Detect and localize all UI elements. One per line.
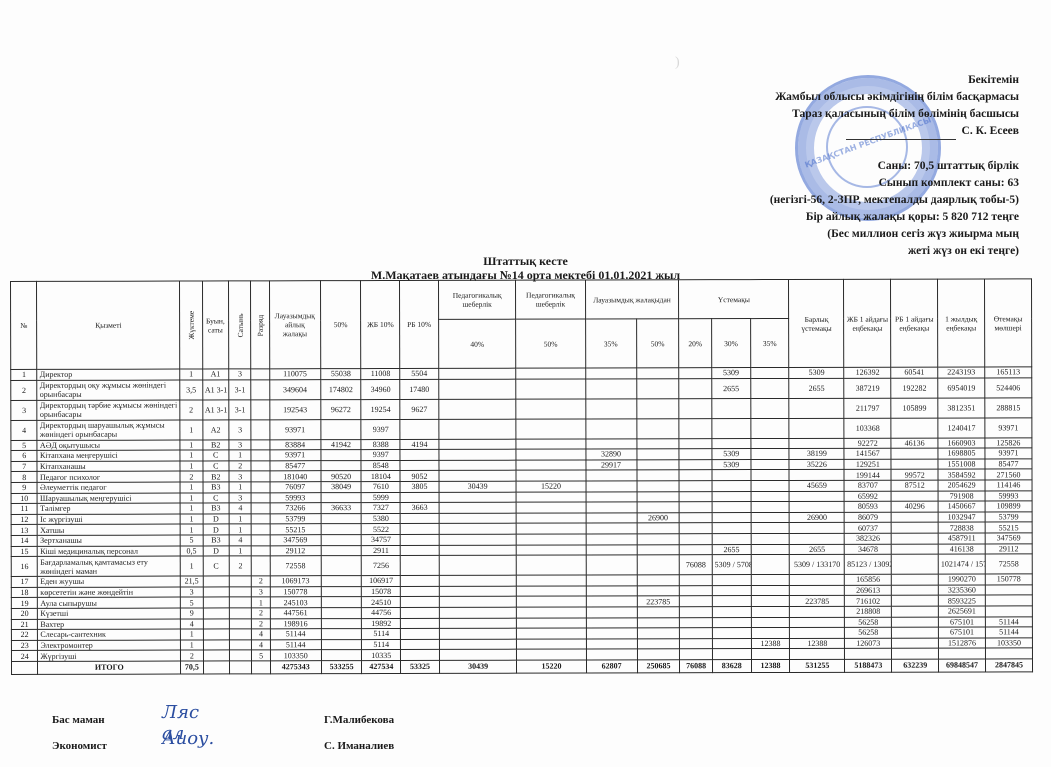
cell-rb10 bbox=[400, 492, 439, 503]
cell-step: 4 bbox=[229, 535, 251, 546]
cell-no: 22 bbox=[11, 630, 38, 641]
cell-step: 1 bbox=[229, 524, 251, 535]
cell-no: 14 bbox=[11, 535, 38, 546]
cell-rb10: 3663 bbox=[400, 503, 439, 514]
cell-u30: 2655 bbox=[712, 378, 751, 398]
cell-u35 bbox=[751, 523, 790, 534]
cell-total-bonus bbox=[790, 617, 845, 628]
cell-load: 1 bbox=[181, 640, 203, 651]
cell-no: 16 bbox=[11, 557, 38, 577]
cell-total-bonus bbox=[789, 470, 844, 481]
cell-rb10: 9627 bbox=[400, 399, 439, 419]
cell-jb10: 19892 bbox=[362, 618, 401, 629]
total-rb-month: 632239 bbox=[892, 659, 939, 672]
cell-ped50 bbox=[516, 399, 585, 419]
cell-pos50 bbox=[637, 470, 680, 481]
cell-name: Педагог психолог bbox=[37, 471, 180, 482]
cell-total-bonus bbox=[790, 585, 845, 596]
cell-u35 bbox=[751, 606, 790, 617]
total-u30: 83628 bbox=[712, 659, 751, 672]
cell-grade: А1 bbox=[202, 369, 229, 380]
cell-load: 3,5 bbox=[180, 380, 202, 400]
cell-pos50 bbox=[637, 502, 680, 513]
cell-pos35 bbox=[586, 491, 637, 502]
cell-u35 bbox=[751, 596, 790, 607]
cell-pos50 bbox=[636, 398, 679, 418]
cell-load: 3 bbox=[180, 587, 202, 598]
cell-ped40 bbox=[439, 502, 516, 513]
cell-u20 bbox=[679, 449, 712, 460]
header-position-salary: Лауазымдық жалақыдан bbox=[585, 280, 679, 319]
cell-jb10: 5380 bbox=[362, 513, 401, 524]
cell-u20 bbox=[679, 481, 712, 492]
header-load: Жүктеме bbox=[180, 281, 203, 369]
header-position: Қызметі bbox=[37, 281, 180, 369]
cell-total-bonus bbox=[790, 523, 845, 534]
cell-u35 bbox=[751, 502, 790, 513]
header-rb10: РБ 10% bbox=[400, 280, 439, 368]
cell-u30 bbox=[712, 596, 751, 607]
cell-ped50 bbox=[517, 575, 586, 586]
cell-pos50 bbox=[636, 378, 679, 398]
cell-rank: 4 bbox=[252, 629, 270, 640]
cell-u30 bbox=[712, 398, 751, 418]
cell-pos50 bbox=[637, 481, 680, 492]
cell-comp bbox=[985, 648, 1032, 659]
cell-base: 85477 bbox=[270, 460, 321, 471]
cell-u30 bbox=[712, 523, 751, 534]
cell-u30 bbox=[712, 418, 751, 438]
cell-pos35 bbox=[585, 368, 636, 379]
cell-total-bonus bbox=[789, 501, 844, 512]
cell-u35 bbox=[751, 418, 790, 438]
cell-pos35 bbox=[586, 523, 637, 534]
total-ped50: 15220 bbox=[517, 660, 586, 673]
cell-u30: 5309 / 57082 bbox=[712, 555, 751, 575]
cell-no: 1 bbox=[11, 369, 38, 380]
cell-rb-month: 40296 bbox=[891, 501, 938, 512]
cell-annual: 1512876 bbox=[939, 638, 986, 649]
cell-u30 bbox=[712, 585, 751, 596]
cell-step: 1 bbox=[229, 482, 251, 493]
cell-no: 24 bbox=[11, 651, 38, 662]
cell-step: 3 bbox=[229, 369, 251, 380]
cell-ped50: 15220 bbox=[516, 481, 585, 492]
cell-pos50 bbox=[637, 607, 680, 618]
cell-step: 3 bbox=[229, 439, 251, 450]
cell-p50: 55038 bbox=[320, 369, 361, 380]
cell-ped40 bbox=[439, 471, 516, 482]
cell-base: 51144 bbox=[270, 629, 321, 640]
cell-total-bonus: 5309 / 133170 bbox=[790, 554, 845, 574]
cell-p50 bbox=[321, 492, 362, 503]
cell-load: 4 bbox=[181, 618, 203, 629]
cell-u35 bbox=[751, 449, 790, 460]
cell-jb10: 10335 bbox=[362, 650, 401, 661]
cell-rb-month bbox=[891, 491, 938, 502]
cell-u30 bbox=[712, 617, 751, 628]
cell-comp: 51144 bbox=[985, 616, 1032, 627]
header-step: Сатынь bbox=[229, 281, 252, 369]
cell-rank: 3 bbox=[252, 587, 270, 598]
cell-u20 bbox=[680, 544, 713, 555]
cell-ped50 bbox=[516, 368, 585, 379]
cell-jb-month: 86079 bbox=[845, 512, 892, 523]
table-row: 3Директордың тәрбие жұмысы жөніндегі оры… bbox=[11, 397, 1032, 420]
cell-rank bbox=[251, 461, 269, 472]
header-grade: Буын, саты bbox=[202, 281, 229, 369]
cell-base: 192543 bbox=[270, 399, 321, 419]
cell-ped40 bbox=[439, 419, 516, 439]
class-sets: Сынып комплект саны: 63 bbox=[719, 175, 1019, 192]
cell-ped50 bbox=[517, 617, 586, 628]
cell-no: 18 bbox=[11, 587, 38, 598]
cell-name: Шаруашылық меңгерушісі bbox=[38, 493, 181, 504]
cell-grade bbox=[203, 597, 230, 608]
cell-p50: 174802 bbox=[320, 379, 361, 399]
cell-u30: 5309 bbox=[712, 449, 751, 460]
cell-pos35 bbox=[586, 544, 637, 555]
cell-p50 bbox=[321, 650, 362, 661]
header-jb10: ЖБ 10% bbox=[361, 280, 400, 368]
total-annual: 69848547 bbox=[939, 659, 986, 672]
cell-comp: 55215 bbox=[985, 522, 1032, 533]
total-pos50: 250685 bbox=[637, 660, 680, 673]
cell-u30 bbox=[712, 606, 751, 617]
cell-u20 bbox=[679, 398, 712, 418]
cell-comp: 125826 bbox=[985, 437, 1032, 448]
cell-rank bbox=[251, 450, 269, 461]
cell-pos50 bbox=[637, 617, 680, 628]
cell-pos35 bbox=[586, 575, 637, 586]
cell-total-bonus: 26900 bbox=[789, 512, 844, 523]
cell-rb-month bbox=[892, 627, 939, 638]
cell-load: 1 bbox=[180, 514, 202, 525]
cell-total-bonus bbox=[789, 398, 844, 418]
cell-jb-month: 382326 bbox=[845, 533, 892, 544]
cell-no: 2 bbox=[11, 380, 38, 400]
cell-load: 1 bbox=[180, 524, 202, 535]
cell-u35 bbox=[751, 649, 790, 660]
cell-name: Кітапхана меңгерушісі bbox=[37, 450, 180, 461]
cell-no: 4 bbox=[11, 420, 38, 440]
cell-pos35 bbox=[586, 513, 637, 524]
cell-ped40 bbox=[439, 449, 516, 460]
total-jb10: 427534 bbox=[362, 660, 401, 673]
cell-grade bbox=[203, 650, 230, 661]
staff-units: Саны: 70,5 штаттық бірлік bbox=[719, 158, 1019, 175]
cell-load: 1 bbox=[181, 629, 203, 640]
cell-rank bbox=[251, 439, 269, 450]
signer-role: Бас маман bbox=[52, 714, 172, 726]
cell-comp: 150778 bbox=[985, 574, 1032, 585]
cell-p50: 90520 bbox=[321, 471, 362, 482]
cell-u30 bbox=[712, 481, 751, 492]
cell-rank bbox=[252, 514, 270, 525]
cell-rb-month: 192282 bbox=[891, 378, 938, 398]
cell-step: 3 bbox=[229, 419, 251, 439]
cell-grade: В3 bbox=[203, 503, 230, 514]
cell-comp: 85477 bbox=[985, 459, 1032, 470]
header-ped-mastery-b: Педагогикалық шеберлік bbox=[516, 280, 585, 319]
cell-total-bonus: 12388 bbox=[790, 638, 845, 649]
cell-u20 bbox=[679, 523, 712, 534]
cell-u20 bbox=[679, 438, 712, 449]
cell-step bbox=[229, 576, 251, 587]
cell-p50 bbox=[321, 450, 362, 461]
cell-total-bonus: 45659 bbox=[789, 480, 844, 491]
cell-jb10: 34757 bbox=[362, 534, 401, 545]
cell-ped40 bbox=[439, 460, 516, 471]
cell-base: 72558 bbox=[270, 556, 321, 576]
cell-u35 bbox=[751, 555, 790, 575]
cell-step: 4 bbox=[229, 503, 251, 514]
cell-u30: 2655 bbox=[712, 544, 751, 555]
cell-base: 83884 bbox=[270, 439, 321, 450]
cell-step: 2 bbox=[229, 556, 251, 576]
cell-u35 bbox=[751, 544, 790, 555]
cell-load: 1 bbox=[180, 493, 202, 504]
cell-rb-month bbox=[892, 585, 939, 596]
cell-ped40 bbox=[439, 524, 516, 535]
cell-rb-month bbox=[892, 595, 939, 606]
cell-p50 bbox=[321, 576, 362, 587]
cell-base: 349604 bbox=[270, 379, 321, 399]
cell-annual bbox=[939, 648, 986, 659]
cell-annual: 2054629 bbox=[938, 480, 985, 491]
total-load: 70,5 bbox=[181, 661, 203, 674]
cell-load: 21,5 bbox=[180, 576, 202, 587]
total-ped40: 30439 bbox=[439, 660, 516, 673]
cell-base: 103350 bbox=[270, 650, 321, 661]
cell-u35 bbox=[751, 512, 790, 523]
cell-base: 59993 bbox=[270, 492, 321, 503]
cell-p50 bbox=[321, 513, 362, 524]
cell-step: 3-1 bbox=[229, 399, 251, 419]
cell-rb-month bbox=[892, 638, 939, 649]
header-u35: 35% bbox=[750, 318, 789, 367]
cell-pos50: 223785 bbox=[637, 596, 680, 607]
cell-u35: 12388 bbox=[751, 638, 790, 649]
cell-jb-month: 65992 bbox=[844, 491, 891, 502]
cell-rb-month: 60541 bbox=[891, 367, 938, 378]
cell-name: Іс жүргізуші bbox=[38, 514, 181, 525]
cell-u35 bbox=[751, 628, 790, 639]
cell-annual: 1240417 bbox=[938, 418, 985, 438]
cell-jb-month: 103368 bbox=[844, 418, 891, 438]
cell-ped40 bbox=[439, 368, 516, 379]
cell-u35 bbox=[751, 470, 790, 481]
cell-u30: 5309 bbox=[712, 368, 751, 379]
cell-ped40 bbox=[439, 439, 516, 450]
cell-annual: 6954019 bbox=[938, 378, 985, 398]
cell-no: 23 bbox=[11, 640, 38, 651]
cell-pos50 bbox=[637, 534, 680, 545]
cell-u20 bbox=[679, 459, 712, 470]
cell-p50 bbox=[321, 460, 362, 471]
header-bonuses: Үстемақы bbox=[679, 279, 789, 318]
cell-rb10 bbox=[401, 607, 440, 618]
cell-jb10: 9397 bbox=[361, 419, 400, 439]
cell-u20 bbox=[680, 575, 713, 586]
cell-annual: 675101 bbox=[939, 627, 986, 638]
cell-pos50 bbox=[637, 628, 680, 639]
cell-total-bonus bbox=[790, 649, 845, 660]
cell-p50: 36633 bbox=[321, 503, 362, 514]
cell-annual: 1032947 bbox=[938, 512, 985, 523]
cell-name: Директордың тәрбие жұмысы жөніндегі орын… bbox=[37, 400, 180, 420]
cell-rb-month: 87512 bbox=[891, 480, 938, 491]
cell-base: 55215 bbox=[270, 524, 321, 535]
document-page: ) ҚАЗАҚСТАН РЕСПУБЛИКАСЫ Бекітемін Жамбы… bbox=[0, 0, 1051, 767]
cell-annual: 2243193 bbox=[938, 367, 985, 378]
cell-rb10 bbox=[400, 524, 439, 535]
cell-pos35 bbox=[586, 649, 637, 660]
cell-u30 bbox=[712, 533, 751, 544]
cell-jb10: 9397 bbox=[361, 450, 400, 461]
cell-rank bbox=[251, 399, 269, 419]
cell-base: 93971 bbox=[270, 419, 321, 439]
cell-ped50 bbox=[517, 639, 586, 650]
cell-step bbox=[229, 597, 251, 608]
cell-u20 bbox=[680, 607, 713, 618]
cell-pos35 bbox=[586, 470, 637, 481]
cell-comp: 72558 bbox=[985, 554, 1032, 574]
cell-jb-month: 218808 bbox=[845, 606, 892, 617]
cell-annual: 1990270 bbox=[938, 574, 985, 585]
signatory-name: С. К. Есеев bbox=[962, 125, 1019, 137]
cell-u30 bbox=[712, 491, 751, 502]
cell-p50 bbox=[321, 607, 362, 618]
cell-u35 bbox=[750, 398, 789, 418]
monthly-fund: Бір айлық жалақы қоры: 5 820 712 теңге bbox=[719, 209, 1019, 226]
cell-rank bbox=[252, 556, 270, 576]
total-label: ИТОГО bbox=[38, 661, 181, 674]
cell-jb10: 24510 bbox=[362, 597, 401, 608]
cell-u35 bbox=[751, 533, 790, 544]
cell-step: 3 bbox=[229, 471, 251, 482]
cell-rb10: 9052 bbox=[400, 471, 439, 482]
scan-artifact: ) bbox=[675, 55, 680, 71]
cell-name: көрсететін және жөндейтін bbox=[38, 587, 181, 598]
cell-grade: В3 bbox=[203, 535, 230, 546]
cell-jb10: 8388 bbox=[361, 439, 400, 450]
cell-grade: А2 bbox=[202, 420, 229, 440]
cell-pos35 bbox=[586, 586, 637, 597]
cell-no: 3 bbox=[11, 400, 38, 420]
cell-comp bbox=[985, 585, 1032, 596]
cell-rb10 bbox=[401, 650, 440, 661]
total-base: 4275343 bbox=[270, 661, 321, 674]
cell-pos50 bbox=[637, 575, 680, 586]
cell-jb10: 7610 bbox=[361, 481, 400, 492]
cell-rb10 bbox=[400, 586, 439, 597]
cell-pos35 bbox=[585, 398, 636, 418]
cell-annual: 1021474 / 15711124 bbox=[938, 554, 985, 574]
signature-line bbox=[846, 139, 956, 140]
cell-ped40 bbox=[439, 639, 516, 650]
cell-total-bonus bbox=[789, 438, 844, 449]
cell-jb10: 8548 bbox=[361, 460, 400, 471]
cell-rb-month bbox=[892, 617, 939, 628]
cell-annual: 1551008 bbox=[938, 459, 985, 470]
cell-no: 12 bbox=[11, 514, 38, 525]
cell-step: 1 bbox=[229, 450, 251, 461]
cell-ped50 bbox=[516, 419, 585, 439]
cell-grade: D bbox=[203, 545, 230, 556]
cell-rb10 bbox=[401, 618, 440, 629]
cell-name: Жүргізуші bbox=[38, 650, 181, 661]
staffing-table: № Қызметі Жүктеме Буын, саты Сатынь Разр… bbox=[10, 278, 1033, 675]
total-empty-cell bbox=[230, 661, 252, 674]
cell-total-bonus: 5309 bbox=[789, 367, 844, 378]
cell-u20 bbox=[679, 368, 712, 379]
cell-rb10 bbox=[401, 639, 440, 650]
header-u30: 30% bbox=[712, 319, 751, 368]
cell-ped40 bbox=[439, 607, 516, 618]
cell-pos50: 26900 bbox=[637, 512, 680, 523]
cell-u35 bbox=[751, 585, 790, 596]
cell-pos35: 32890 bbox=[586, 449, 637, 460]
cell-jb10: 7256 bbox=[362, 556, 401, 576]
cell-jb-month bbox=[845, 648, 892, 659]
cell-total-bonus bbox=[790, 627, 845, 638]
cell-p50 bbox=[321, 535, 362, 546]
cell-jb-month: 56258 bbox=[845, 617, 892, 628]
cell-jb10: 5522 bbox=[362, 524, 401, 535]
cell-ped50 bbox=[516, 379, 585, 399]
cell-p50: 38049 bbox=[321, 482, 362, 493]
cell-load: 1 bbox=[180, 420, 202, 440]
cell-comp: 524406 bbox=[985, 377, 1032, 397]
cell-ped40 bbox=[439, 379, 516, 399]
document-title: Штаттық кесте bbox=[0, 254, 1051, 269]
cell-p50 bbox=[321, 618, 362, 629]
cell-rb-month bbox=[891, 533, 938, 544]
cell-step bbox=[229, 608, 251, 619]
cell-pos35 bbox=[585, 418, 636, 438]
cell-ped40 bbox=[439, 596, 516, 607]
cell-rb-month bbox=[892, 606, 939, 617]
cell-u20 bbox=[680, 628, 713, 639]
cell-base: 29112 bbox=[270, 545, 321, 556]
cell-pos35 bbox=[586, 502, 637, 513]
cell-base: 110075 bbox=[269, 369, 320, 380]
cell-jb10: 2911 bbox=[362, 545, 401, 556]
cell-jb-month: 716102 bbox=[845, 596, 892, 607]
cell-rb10 bbox=[400, 545, 439, 556]
cell-rank bbox=[252, 535, 270, 546]
cell-jb-month: 211797 bbox=[844, 398, 891, 418]
cell-comp: 271560 bbox=[985, 469, 1032, 480]
cell-u35 bbox=[750, 378, 789, 398]
cell-ped50 bbox=[516, 439, 585, 450]
cell-step: 3 bbox=[229, 492, 251, 503]
cell-rank: 2 bbox=[252, 576, 270, 587]
total-row: ИТОГО70,54275343533255427534533253043915… bbox=[11, 659, 1032, 675]
header-annual: 1 жылдық еңбекақы bbox=[938, 279, 985, 367]
cell-comp: 103350 bbox=[985, 638, 1032, 649]
cell-name: Кітапханашы bbox=[37, 461, 180, 472]
cell-base: 93971 bbox=[270, 450, 321, 461]
cell-ped40 bbox=[439, 545, 516, 556]
cell-name: Директор bbox=[37, 369, 180, 380]
header-no: № bbox=[11, 281, 38, 369]
cell-name: Хатшы bbox=[38, 524, 181, 535]
cell-rb-month: 46136 bbox=[891, 438, 938, 449]
cell-base: 198916 bbox=[270, 618, 321, 629]
cell-pos50 bbox=[637, 649, 680, 660]
